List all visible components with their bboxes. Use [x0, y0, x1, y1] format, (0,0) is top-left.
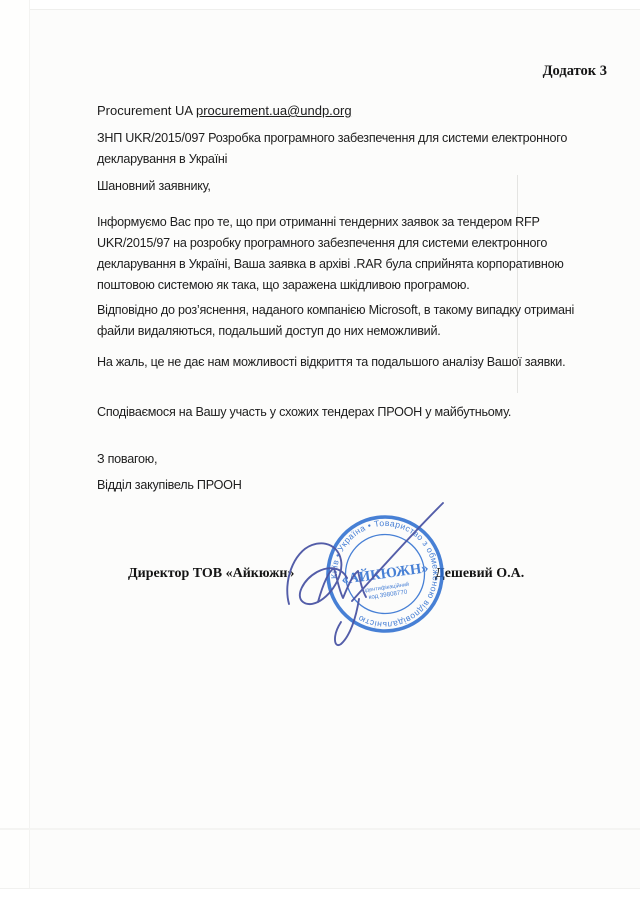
- paragraph-microsoft: Відповідно до роз’яснення, наданого комп…: [97, 300, 583, 342]
- paragraph-hope: Сподіваємося на Вашу участь у схожих тен…: [97, 402, 583, 423]
- paragraph-regret: На жаль, це не дає нам можливості відкри…: [97, 352, 583, 373]
- sender-line: Procurement UA procurement.ua@undp.org: [97, 103, 352, 118]
- salutation: Шановний заявнику,: [97, 176, 583, 197]
- scan-edge-top: [0, 0, 640, 10]
- appendix-label: Додаток 3: [543, 63, 607, 80]
- subject-line: ЗНП UKR/2015/097 Розробка програмного за…: [97, 128, 583, 170]
- sender-name: Procurement UA: [97, 103, 196, 118]
- paragraph-malware: Інформуємо Вас про те, що при отриманні …: [97, 212, 583, 296]
- signatory-title: Директор ТОВ «Айкюжн»: [128, 566, 294, 582]
- scan-band: [0, 828, 640, 830]
- stamp-center-text: «АЙКЮЖН»: [340, 559, 429, 588]
- sender-email-link: procurement.ua@undp.org: [196, 103, 352, 118]
- closing-regards: З повагою,: [97, 449, 583, 470]
- scan-edge-bottom: [0, 888, 640, 905]
- company-stamp: Київ • Україна • Товариство з обмеженою …: [303, 492, 467, 656]
- scan-edge-left: [0, 0, 30, 905]
